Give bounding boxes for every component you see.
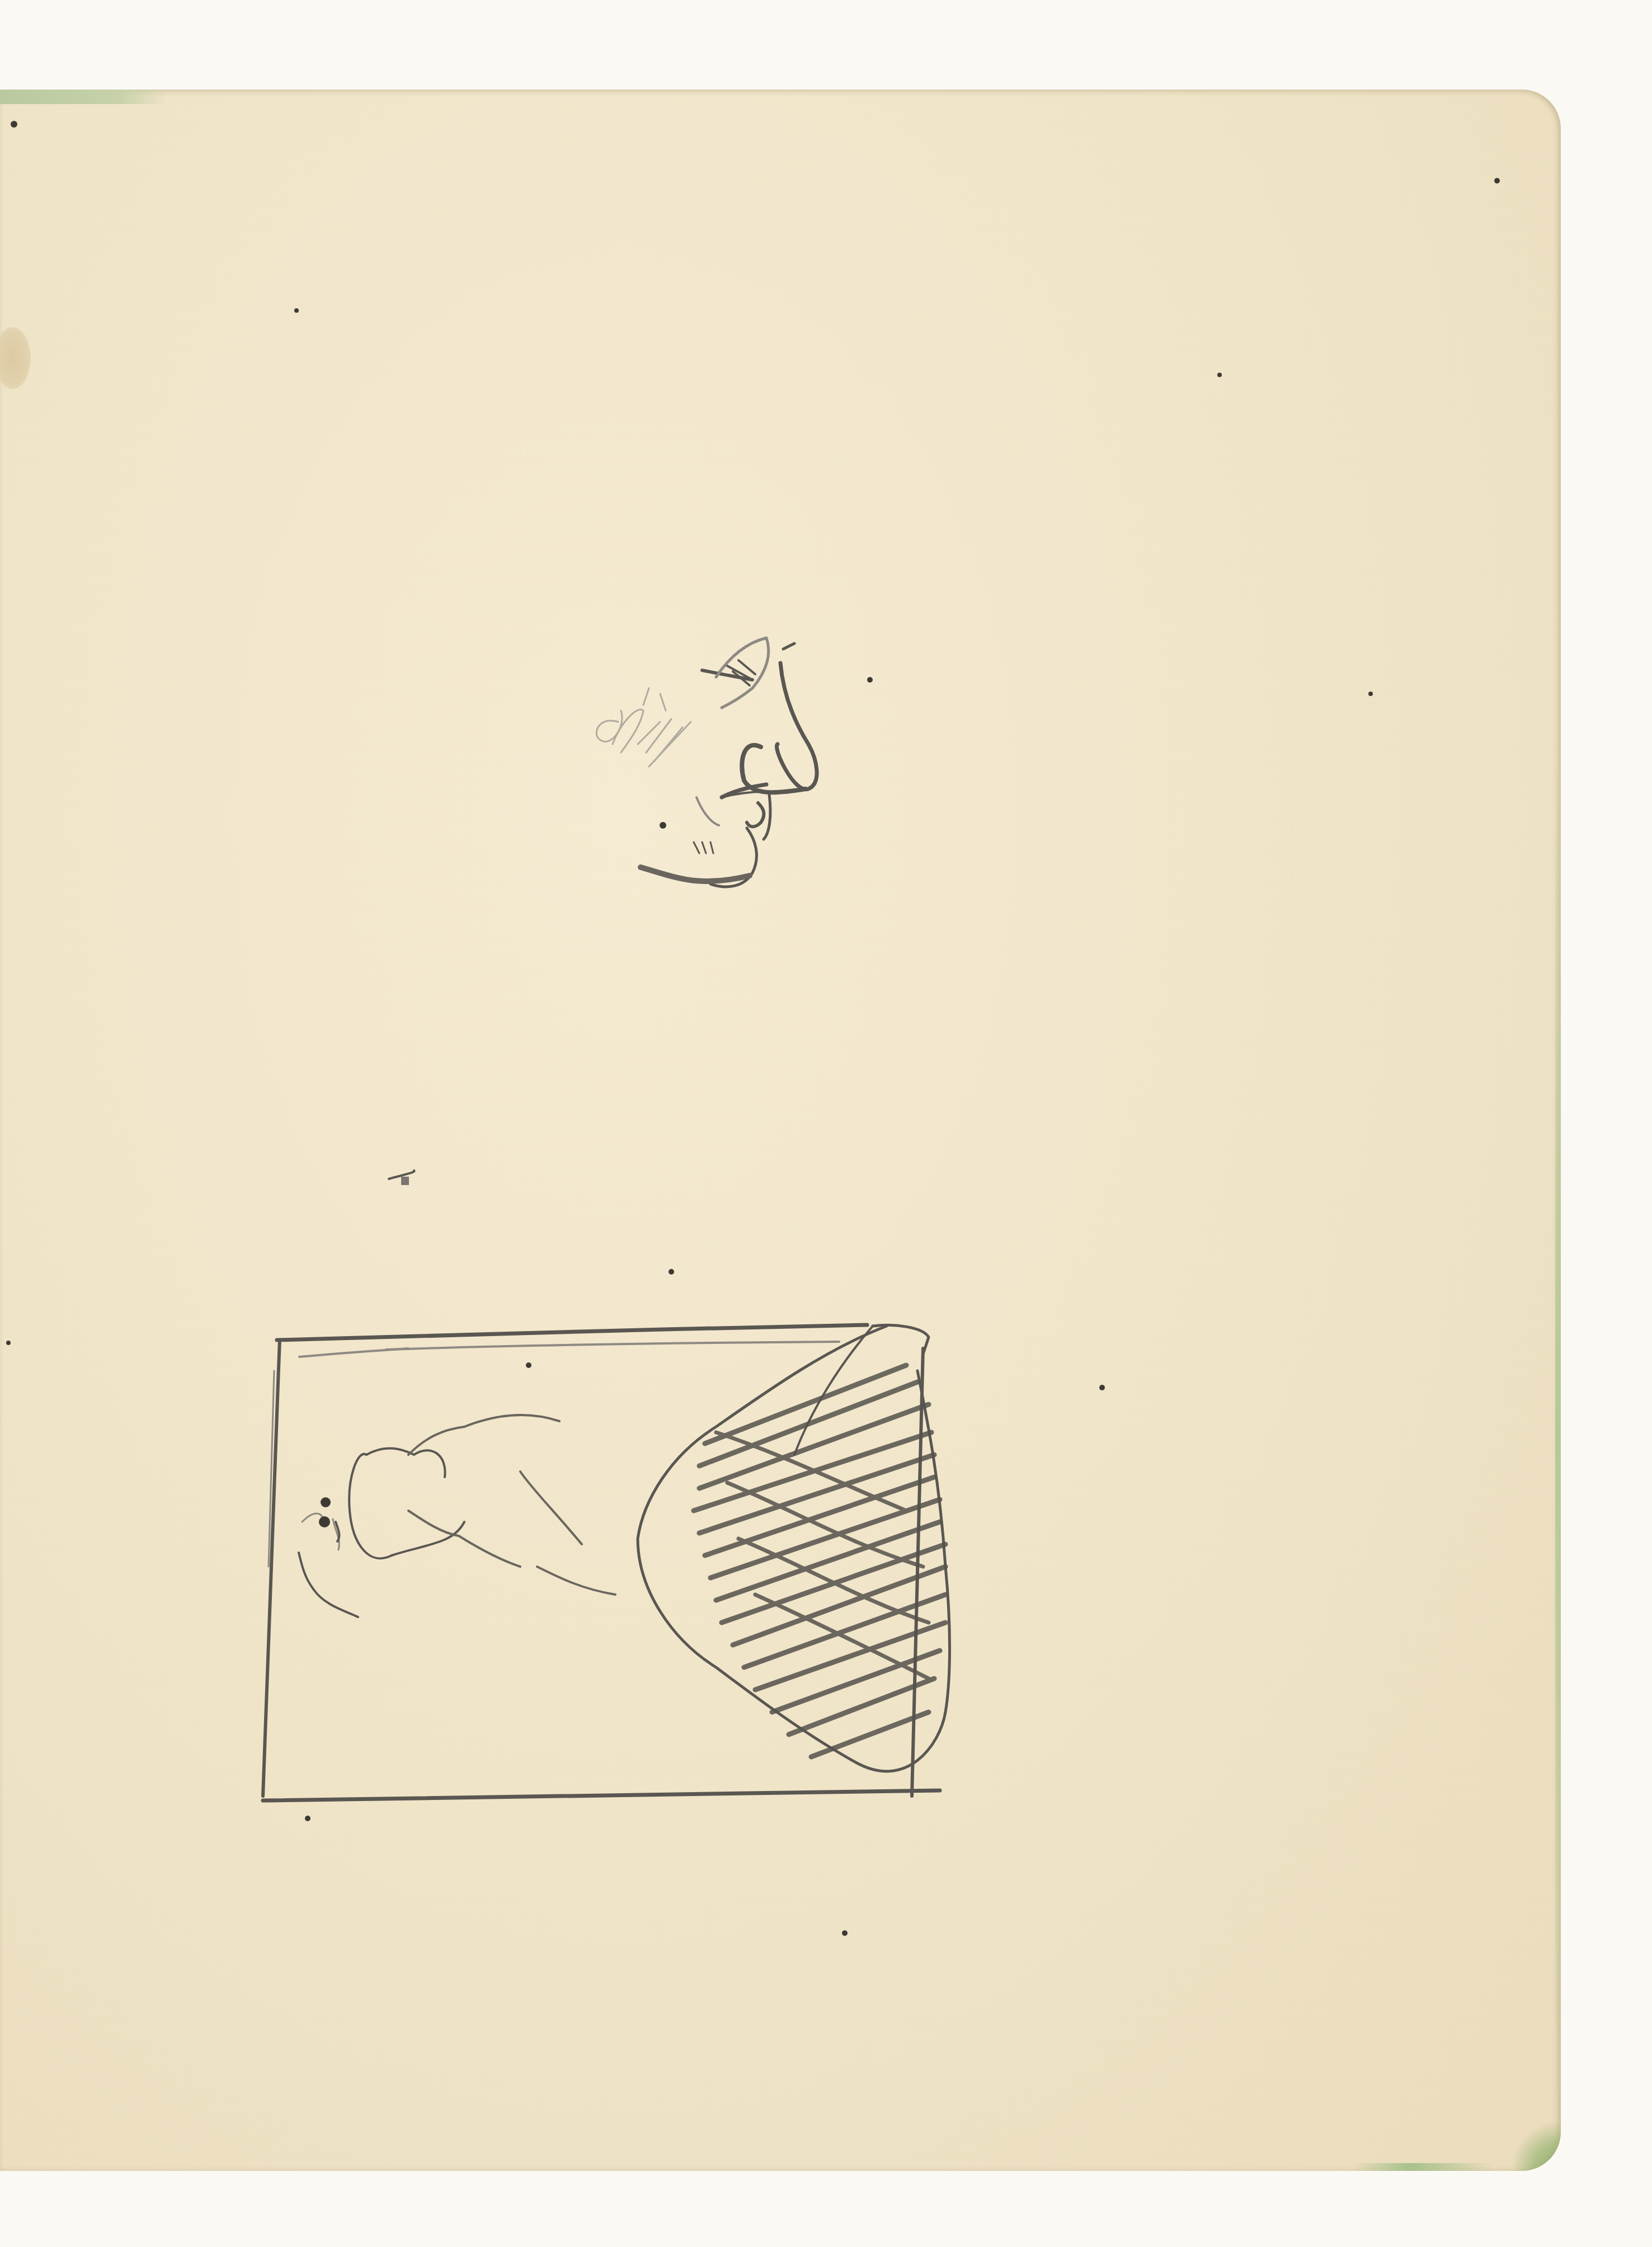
small-pencil-mark bbox=[389, 1170, 415, 1185]
framed-figure-sketch bbox=[263, 1325, 950, 1801]
profile-head-sketch bbox=[596, 638, 817, 887]
sketch-layer bbox=[0, 0, 1652, 2247]
